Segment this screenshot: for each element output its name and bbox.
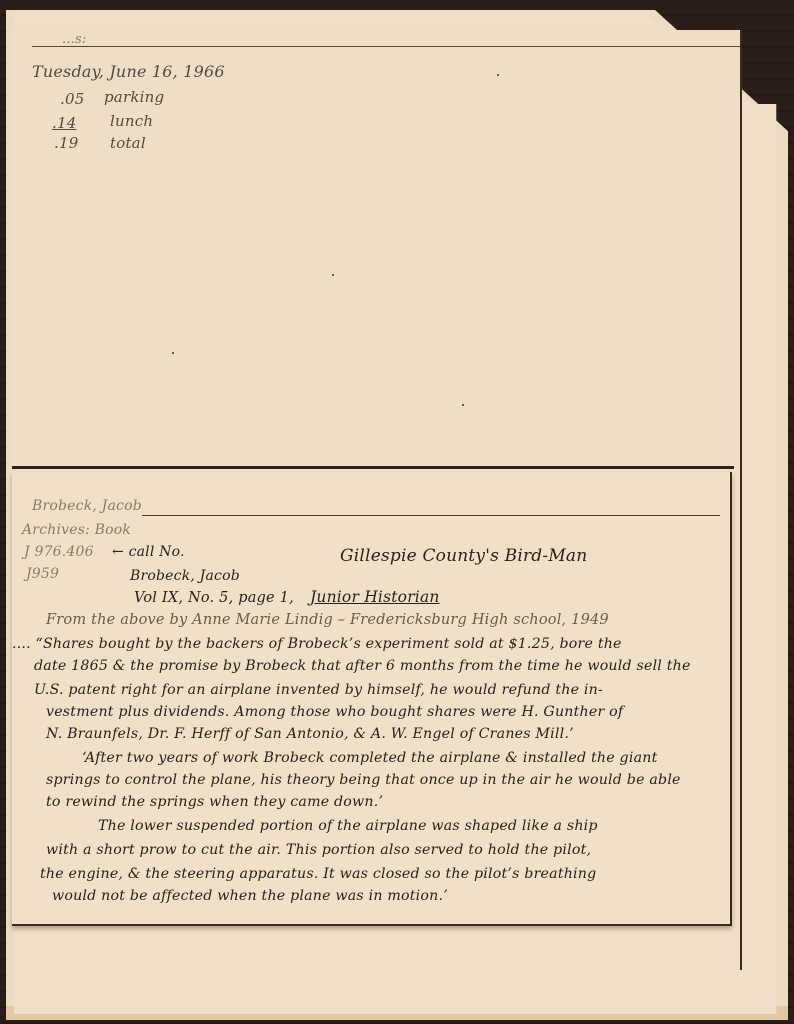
call-number: J 976.406 (24, 544, 94, 560)
body-line-3: U.S. patent right for an airplane invent… (34, 682, 603, 698)
catalog-note-card: Brobeck, Jacob Archives: Book J 976.406 … (12, 472, 732, 926)
expense-item-parking: parking (104, 88, 164, 106)
paper-speck (462, 404, 464, 406)
body-line-6: ‘After two years of work Brobeck complet… (82, 750, 657, 766)
header-fragment: ...s: (62, 32, 86, 47)
source-line: From the above by Anne Marie Lindig – Fr… (46, 612, 609, 628)
paper-speck (332, 274, 334, 276)
article-title: Gillespie County's Bird-Man (340, 546, 587, 566)
body-line-9: The lower suspended portion of the airpl… (98, 818, 598, 834)
record-type: Archives: Book (22, 522, 131, 538)
body-line-12: would not be affected when the plane was… (52, 888, 448, 904)
body-line-2: date 1865 & the promise by Brobeck that … (34, 658, 691, 674)
paper-speck (172, 352, 174, 354)
call-number-note: ← call No. (112, 544, 185, 560)
body-line-4: vestment plus dividends. Among those who… (46, 704, 623, 720)
citation-journal: Junior Historian (310, 588, 440, 606)
subject-heading: Brobeck, Jacob (32, 498, 142, 514)
body-line-10: with a short prow to cut the air. This p… (46, 842, 591, 858)
body-line-8: to rewind the springs when they came dow… (46, 794, 383, 810)
author-name: Brobeck, Jacob (130, 568, 240, 584)
expense-amount-parking: .05 (60, 90, 84, 108)
body-line-1: .... “Shares bought by the backers of Br… (12, 636, 622, 652)
card-top-rule (32, 46, 740, 47)
expense-amount-lunch: .14 (52, 114, 76, 132)
card-heading-rule (142, 515, 720, 516)
body-line-11: the engine, & the steering apparatus. It… (40, 866, 596, 882)
expense-date: Tuesday, June 16, 1966 (32, 62, 225, 81)
expense-item-total: total (110, 134, 146, 152)
expense-amount-total: .19 (54, 134, 78, 152)
expense-item-lunch: lunch (110, 112, 153, 130)
body-line-5: N. Braunfels, Dr. F. Herff of San Antoni… (46, 726, 574, 742)
body-line-7: springs to control the plane, his theory… (46, 772, 681, 788)
expense-note-card: ...s: Tuesday, June 16, 1966 .05 parking… (12, 30, 742, 470)
call-number-suffix: J959 (26, 566, 59, 582)
paper-speck (497, 74, 499, 76)
citation-prefix: Vol IX, No. 5, page 1, (134, 590, 294, 606)
card-divider-line (12, 466, 734, 469)
